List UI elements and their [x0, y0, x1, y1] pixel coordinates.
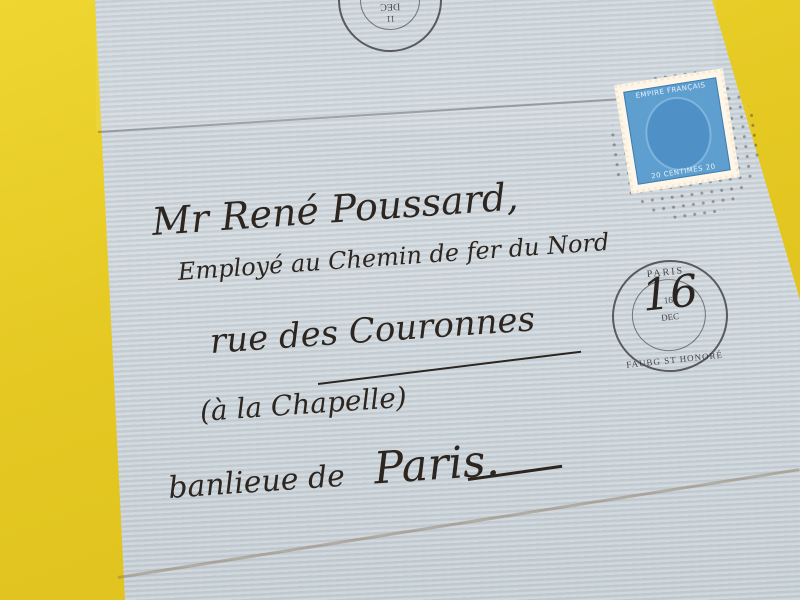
house-number: 16: [639, 265, 700, 322]
postmark-month: DEC: [340, 0, 440, 14]
stamp-frame: EMPIRE FRANÇAIS 20 CENTIMES 20: [623, 77, 731, 185]
postage-stamp: EMPIRE FRANÇAIS 20 CENTIMES 20: [614, 68, 740, 194]
postmark-day: 11: [341, 12, 441, 25]
city-name: Paris.: [372, 435, 501, 495]
